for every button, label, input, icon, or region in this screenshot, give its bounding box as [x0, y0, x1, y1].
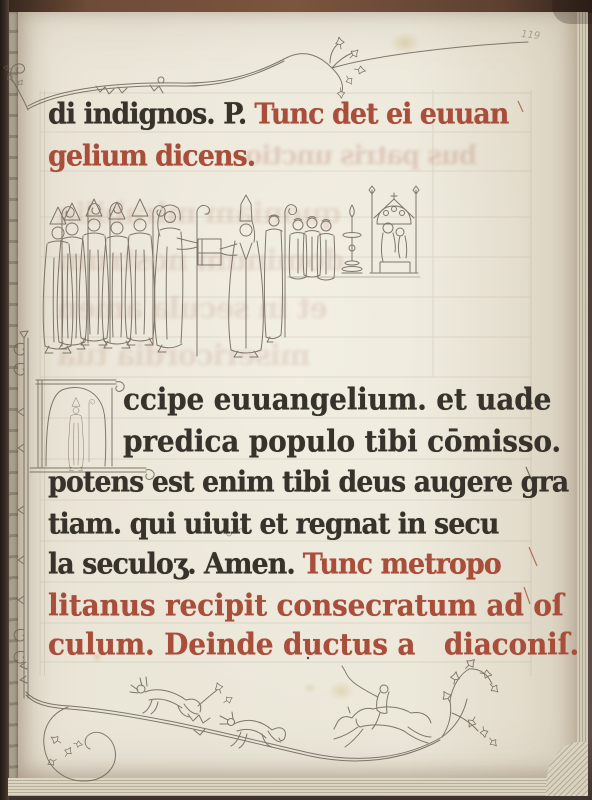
text-line-8: litanus recipit consecratum ad oſ — [48, 588, 564, 623]
rubric-segment: gelium dicens. — [48, 140, 255, 173]
processional-staff — [197, 205, 210, 356]
horseman-with-horn — [334, 666, 431, 747]
bottom-border-hunt-scene — [20, 656, 501, 781]
altar-candlestick — [342, 205, 362, 273]
text-segment: predica populo tibi cōmisso. — [123, 424, 561, 459]
rubric-segment: culum. Deinde ductus a diaconiſ. — [48, 627, 579, 662]
text-line-9: culum. Deinde ductus a diaconiſ. — [48, 627, 579, 662]
text-line-6: tiam. qui uiuit et regnat in secu — [48, 508, 498, 541]
vine-spiral — [44, 707, 116, 781]
miniature-gospel-presentation — [43, 186, 420, 357]
rubric-segment: Tunc det ei euuan — [254, 98, 508, 131]
bishop-elect-figure — [155, 205, 198, 352]
text-line-2: gelium dicens. — [48, 140, 255, 173]
text-line-3: ccipe euuangelium. et uade — [123, 382, 551, 417]
attendant-with-crozier — [265, 215, 283, 342]
text-segment: tiam. qui uiuit et regnat in secu — [48, 508, 498, 541]
text-line-1: di indignos. P.Tunc det ei euuan — [48, 98, 508, 131]
text-line-7: la seculoʒ. Amen.Tunc metropo — [48, 548, 501, 581]
rubric-segment: litanus recipit consecratum ad oſ — [48, 588, 564, 623]
text-segment: la seculoʒ. Amen. — [48, 548, 295, 581]
left-border-bar — [14, 331, 28, 698]
procession-of-bishops — [43, 199, 165, 353]
ivy-sprays-right — [440, 656, 501, 748]
text-segment: ccipe euuangelium. et uade — [123, 382, 551, 417]
leaping-hound — [130, 677, 201, 717]
gospel-book — [198, 239, 221, 265]
folio-number-pencil: 119 — [520, 29, 540, 42]
canopied-throne — [369, 186, 419, 273]
text-segment: potens est enim tibi deus augere gra — [48, 466, 568, 499]
text-line-4: predica populo tibi cōmisso. — [123, 424, 561, 459]
manuscript-page-photo: bus patris unctio quoniam mirabilia domi… — [0, 0, 592, 800]
archbishop-figure — [220, 195, 263, 357]
three-clerics — [288, 217, 420, 281]
text-line-5: potens est enim tibi deus augere gra — [48, 466, 568, 499]
text-segment: di indignos. P. — [48, 98, 246, 131]
rubric-segment: Tunc metropo — [303, 548, 501, 581]
